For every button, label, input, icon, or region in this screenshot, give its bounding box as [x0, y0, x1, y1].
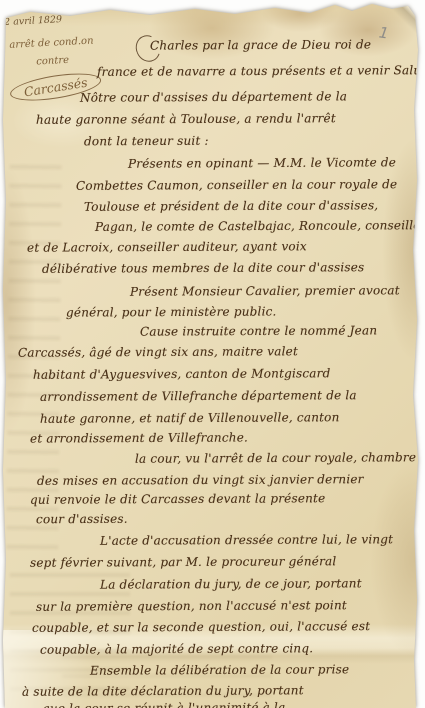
- manuscript-line: sept février suivant, par M. le procureu…: [30, 554, 336, 570]
- manuscript-line: Carcassés, âgé de vingt six ans, maitre …: [18, 344, 298, 359]
- manuscript-line: la cour, vu l'arrêt de la cour royale, c…: [135, 450, 416, 465]
- manuscript-page: 2 avril 1829 arrêt de cond.on contre Car…: [0, 0, 425, 708]
- manuscript-line: Présents en opinant — M.M. le Vicomte de: [128, 155, 396, 170]
- manuscript-line: Nôtre cour d'assises du département de l…: [80, 89, 347, 104]
- margin-date: 2 avril 1829: [4, 11, 122, 28]
- scanned-manuscript: 2 avril 1829 arrêt de cond.on contre Car…: [0, 0, 425, 708]
- manuscript-line: que la cour se réunit à l'unanimité à la: [42, 700, 285, 708]
- manuscript-line: délibérative tous membres de la dite cou…: [42, 260, 364, 276]
- manuscript-line: L'acte d'accusation dressée contre lui, …: [100, 532, 393, 548]
- manuscript-line: Toulouse et président de la dite cour d'…: [84, 198, 378, 214]
- manuscript-line: qui renvoie le dit Carcasses devant la p…: [30, 491, 325, 507]
- manuscript-line: à suite de la dite déclaration du jury, …: [22, 683, 304, 698]
- manuscript-line: Pagan, le comte de Castelbajac, Roncoule…: [95, 218, 425, 234]
- paper-shadow: 2 avril 1829 arrêt de cond.on contre Car…: [0, 0, 425, 708]
- manuscript-line: arrondissement de Villefranche départeme…: [40, 388, 357, 404]
- manuscript-line: des mises en accusation du vingt six jan…: [37, 472, 364, 488]
- manuscript-line: Charles par la grace de Dieu roi de: [150, 37, 371, 52]
- manuscript-line: Présent Monsieur Cavalier, premier avoca…: [130, 283, 400, 298]
- manuscript-line: habitant d'Ayguesvives, canton de Montgi…: [33, 366, 331, 382]
- manuscript-line: Cause instruite contre le nommé Jean: [140, 323, 377, 338]
- manuscript-line: sur la première question, non l'accusé n…: [36, 598, 347, 614]
- manuscript-line: france et de navarre a tous présents et …: [97, 63, 425, 79]
- manuscript-line: général, pour le ministère public.: [66, 304, 277, 319]
- manuscript-line: dont la teneur suit :: [84, 134, 209, 149]
- manuscript-line: haute garonne, et natif de Villenouvelle…: [40, 410, 340, 426]
- margin-annotation: 2 avril 1829 arrêt de cond.on contre Car…: [4, 11, 126, 101]
- manuscript-line: coupable, et sur la seconde question, ou…: [32, 619, 370, 635]
- manuscript-line: et de Lacroix, conseiller auditeur, ayan…: [27, 239, 307, 254]
- manuscript-line: et arrondissement de Villefranche.: [30, 430, 248, 445]
- manuscript-line: La déclaration du jury, de ce jour, port…: [100, 576, 362, 591]
- manuscript-line: coupable, à la majorité de sept contre c…: [40, 641, 313, 656]
- manuscript-line: cour d'assises.: [36, 512, 128, 526]
- manuscript-line: haute garonne séant à Toulouse, a rendu …: [36, 111, 336, 127]
- manuscript-line: Ensemble la délibération de la cour pris…: [90, 662, 349, 677]
- manuscript-line: Combettes Caumon, conseiller en la cour …: [76, 177, 397, 193]
- margin-note-line1: arrêt de cond.on: [9, 34, 123, 51]
